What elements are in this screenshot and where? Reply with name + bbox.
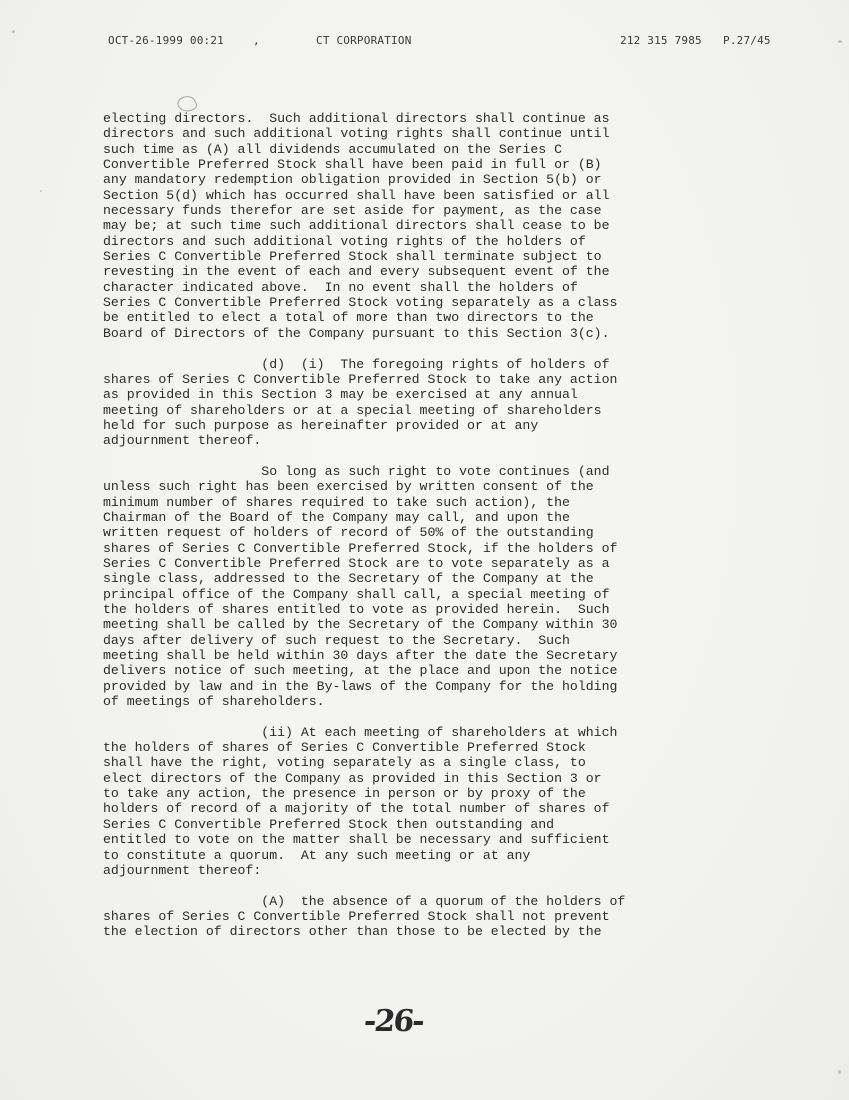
- text-line: held for such purpose as hereinafter pro…: [103, 418, 823, 433]
- paragraph-gap: [103, 449, 823, 464]
- text-line: Series C Convertible Preferred Stock are…: [103, 556, 823, 571]
- paragraph-gap: [103, 878, 823, 893]
- text-line: (ii) At each meeting of shareholders at …: [103, 725, 823, 740]
- text-line: to constitute a quorum. At any such meet…: [103, 848, 823, 863]
- text-line: written request of holders of record of …: [103, 525, 823, 540]
- text-line: as provided in this Section 3 may be exe…: [103, 387, 823, 402]
- paragraph: electing directors. Such additional dire…: [103, 111, 823, 341]
- text-line: shall have the right, voting separately …: [103, 755, 823, 770]
- fax-header: OCT-26-1999 00:21 , CT CORPORATION 212 3…: [108, 34, 849, 50]
- text-line: single class, addressed to the Secretary…: [103, 571, 823, 586]
- document-body: electing directors. Such additional dire…: [103, 111, 823, 940]
- text-line: provided by law and in the By-laws of th…: [103, 679, 823, 694]
- page-number: -26-: [362, 1004, 424, 1039]
- text-line: the holders of shares entitled to vote a…: [103, 602, 823, 617]
- text-line: of meetings of shareholders.: [103, 694, 823, 709]
- text-line: principal office of the Company shall ca…: [103, 587, 823, 602]
- text-line: electing directors. Such additional dire…: [103, 111, 823, 126]
- paragraph: (A) the absence of a quorum of the holde…: [103, 894, 823, 940]
- text-line: character indicated above. In no event s…: [103, 280, 823, 295]
- text-line: minimum number of shares required to tak…: [103, 495, 823, 510]
- text-line: delivers notice of such meeting, at the …: [103, 663, 823, 678]
- text-line: necessary funds therefor are set aside f…: [103, 203, 823, 218]
- fax-page-count: P.27/45: [723, 34, 771, 47]
- fax-separator: ,: [253, 34, 260, 47]
- text-line: to take any action, the presence in pers…: [103, 786, 823, 801]
- text-line: holders of record of a majority of the t…: [103, 801, 823, 816]
- text-line: So long as such right to vote continues …: [103, 464, 823, 479]
- text-line: Series C Convertible Preferred Stock the…: [103, 817, 823, 832]
- text-line: (d) (i) The foregoing rights of holders …: [103, 357, 823, 372]
- text-line: be entitled to elect a total of more tha…: [103, 310, 823, 325]
- text-line: unless such right has been exercised by …: [103, 479, 823, 494]
- text-line: shares of Series C Convertible Preferred…: [103, 909, 823, 924]
- text-line: meeting shall be held within 30 days aft…: [103, 648, 823, 663]
- text-line: Section 5(d) which has occurred shall ha…: [103, 188, 823, 203]
- text-line: elect directors of the Company as provid…: [103, 771, 823, 786]
- text-line: such time as (A) all dividends accumulat…: [103, 142, 823, 157]
- text-line: directors and such additional voting rig…: [103, 234, 823, 249]
- text-line: (A) the absence of a quorum of the holde…: [103, 894, 823, 909]
- paragraph: (d) (i) The foregoing rights of holders …: [103, 357, 823, 449]
- paragraph-gap: [103, 341, 823, 356]
- document-page: OCT-26-1999 00:21 , CT CORPORATION 212 3…: [0, 0, 849, 1100]
- text-line: the election of directors other than tho…: [103, 924, 823, 939]
- text-line: any mandatory redemption obligation prov…: [103, 172, 823, 187]
- paragraph-gap: [103, 709, 823, 724]
- scan-speck: [12, 30, 15, 33]
- fax-sender: CT CORPORATION: [316, 34, 412, 47]
- scan-speck: [838, 40, 842, 43]
- text-line: may be; at such time such additional dir…: [103, 218, 823, 233]
- text-line: adjournment thereof.: [103, 433, 823, 448]
- fax-phone: 212 315 7985: [620, 34, 702, 47]
- text-line: revesting in the event of each and every…: [103, 264, 823, 279]
- paragraph: So long as such right to vote continues …: [103, 464, 823, 710]
- text-line: shares of Series C Convertible Preferred…: [103, 541, 823, 556]
- text-line: meeting shall be called by the Secretary…: [103, 617, 823, 632]
- text-line: entitled to vote on the matter shall be …: [103, 832, 823, 847]
- scan-speck: [40, 190, 42, 192]
- text-line: days after delivery of such request to t…: [103, 633, 823, 648]
- scan-speck: [838, 1070, 841, 1074]
- fax-date-time: OCT-26-1999 00:21: [108, 34, 224, 47]
- text-line: Chairman of the Board of the Company may…: [103, 510, 823, 525]
- text-line: Series C Convertible Preferred Stock vot…: [103, 295, 823, 310]
- text-line: the holders of shares of Series C Conver…: [103, 740, 823, 755]
- text-line: Series C Convertible Preferred Stock sha…: [103, 249, 823, 264]
- text-line: directors and such additional voting rig…: [103, 126, 823, 141]
- text-line: shares of Series C Convertible Preferred…: [103, 372, 823, 387]
- text-line: Convertible Preferred Stock shall have b…: [103, 157, 823, 172]
- text-line: Board of Directors of the Company pursua…: [103, 326, 823, 341]
- text-line: adjournment thereof:: [103, 863, 823, 878]
- paragraph: (ii) At each meeting of shareholders at …: [103, 725, 823, 878]
- text-line: meeting of shareholders or at a special …: [103, 403, 823, 418]
